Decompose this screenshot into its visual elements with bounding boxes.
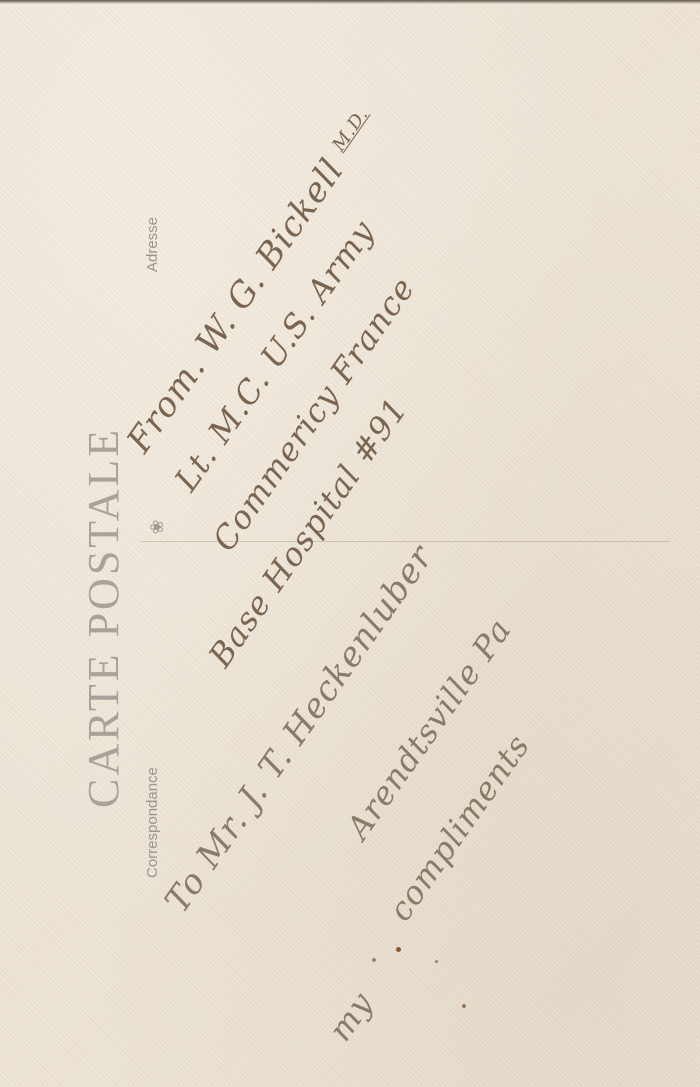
foxing-spot xyxy=(462,1004,466,1008)
card-top-edge xyxy=(0,0,700,4)
publisher-monogram-icon: ❀ xyxy=(147,515,169,539)
postcard-back: CARTE POSTALE Adresse Correspondance ❀ F… xyxy=(0,0,700,1087)
address-label: Adresse xyxy=(144,217,161,272)
handwritten-line-recipient: To Mr. J. T. Heckenluber xyxy=(157,538,441,920)
correspondence-label: Correspondance xyxy=(144,767,161,878)
sender-title: M.D. xyxy=(328,104,373,155)
handwritten-line-my: my xyxy=(321,985,381,1048)
foxing-spot xyxy=(396,947,401,952)
foxing-spot xyxy=(435,960,438,963)
printed-title: CARTE POSTALE xyxy=(78,427,129,808)
foxing-spot xyxy=(372,958,376,962)
